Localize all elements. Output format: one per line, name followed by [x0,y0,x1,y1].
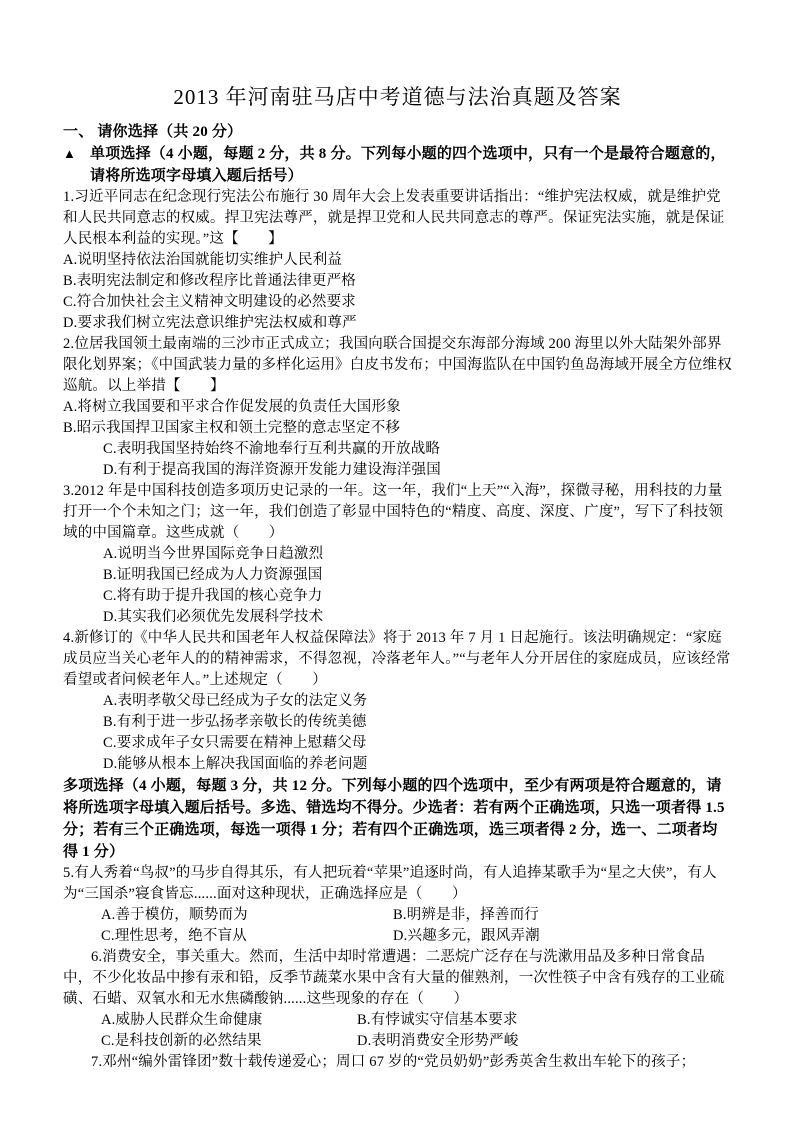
section-one-heading: 一、 请你选择（共 20 分） [63,121,732,143]
question-1: 1.习近平同志在纪念现行宪法公布施行 30 周年大会上发表重要讲话指出：“维护宪… [63,187,732,334]
question-3-option-c: C.将有助于提升我国的核心竞争力 [63,586,732,607]
question-5-options: A.善于模仿，顺势而为 B.明辨是非，择善而行 C.理性思考，绝不盲从 D.兴趣… [63,905,732,947]
question-1-option-d: D.要求我们树立宪法意识维护宪法权威和尊严 [63,313,732,334]
question-5-option-d: D.兴趣多元，跟风弄潮 [393,926,732,947]
question-2-option-b: B.昭示我国捍卫国家主权和领土完整的意志坚定不移 [63,418,732,439]
question-6-option-c: C.是科技创新的必然结果 [101,1031,357,1052]
question-1-stem: 1.习近平同志在纪念现行宪法公布施行 30 周年大会上发表重要讲话指出：“维护宪… [63,187,732,250]
multi-choice-instructions: 多项选择（4 小题，每题 3 分，共 12 分。下列每小题的四个选项中，至少有两… [63,775,732,863]
question-5-option-b: B.明辨是非，择善而行 [393,905,732,926]
question-4-option-c: C.要求成年子女只需要在精神上慰藉父母 [63,733,732,754]
question-2-option-c: C.表明我国坚持始终不渝地奉行互利共赢的开放战略 [63,439,732,460]
question-3-option-d: D.其实我们必须优先发展科学技术 [63,607,732,628]
question-4-option-b: B.有利于进一步弘扬孝亲敬长的传统美德 [63,712,732,733]
question-4: 4.新修订的《中华人民共和国老年人权益保障法》将于 2013 年 7 月 1 日… [63,628,732,775]
single-choice-instructions: ▲ 单项选择（4 小题，每题 2 分，共 8 分。下列每小题的四个选项中，只有一… [63,143,732,187]
question-5-option-a: A.善于模仿，顺势而为 [101,905,393,926]
question-5: 5.有人秀着“鸟叔”的马步自得其乐，有人把玩着“苹果”追逐时尚，有人追捧某歌手为… [63,863,732,947]
question-1-option-c: C.符合加快社会主义精神文明建设的必然要求 [63,292,732,313]
question-6-option-b: B.有悖诚实守信基本要求 [357,1010,732,1031]
question-7-stem: 7.邓州“编外雷锋团”数十载传递爱心；周口 67 岁的“党员奶奶”彭秀英舍生救出… [63,1052,732,1073]
question-4-stem: 4.新修订的《中华人民共和国老年人权益保障法》将于 2013 年 7 月 1 日… [63,628,732,691]
question-2-stem: 2.位居我国领土最南端的三沙市正式成立；我国向联合国提交东海部分海域 200 海… [63,334,732,397]
question-6-stem: 6.消费安全，事关重大。然而，生活中却时常遭遇：二恶烷广泛存在与洗漱用品及多种日… [63,947,732,1010]
question-6-option-d: D.表明消费安全形势严峻 [357,1031,732,1052]
question-2-option-d: D.有利于提高我国的海洋资源开发能力建设海洋强国 [63,460,732,481]
single-choice-note-text: 单项选择（4 小题，每题 2 分，共 8 分。下列每小题的四个选项中，只有一个是… [90,143,732,187]
page-title: 2013 年河南驻马店中考道德与法治真题及答案 [63,84,732,111]
question-1-option-a: A.说明坚持依法治国就能切实维护人民利益 [63,250,732,271]
question-2-option-a: A.将树立我国要和平求合作促发展的负责任大国形象 [63,397,732,418]
exam-document: 2013 年河南驻马店中考道德与法治真题及答案 一、 请你选择（共 20 分） … [0,0,794,1073]
question-5-stem: 5.有人秀着“鸟叔”的马步自得其乐，有人把玩着“苹果”追逐时尚，有人追捧某歌手为… [63,863,732,905]
question-3-option-a: A.说明当今世界国际竞争日趋激烈 [63,544,732,565]
question-2: 2.位居我国领土最南端的三沙市正式成立；我国向联合国提交东海部分海域 200 海… [63,334,732,481]
question-6-option-a: A.威胁人民群众生命健康 [101,1010,357,1031]
question-3-stem: 3.2012 年是中国科技创造多项历史记录的一年。这一年，我们“上天”“入海”，… [63,481,732,544]
question-6: 6.消费安全，事关重大。然而，生活中却时常遭遇：二恶烷广泛存在与洗漱用品及多种日… [63,947,732,1052]
triangle-bullet-icon: ▲ [63,143,90,187]
question-7: 7.邓州“编外雷锋团”数十载传递爱心；周口 67 岁的“党员奶奶”彭秀英舍生救出… [63,1052,732,1073]
question-4-option-a: A.表明孝敬父母已经成为子女的法定义务 [63,691,732,712]
question-4-option-d: D.能够从根本上解决我国面临的养老问题 [63,754,732,775]
question-1-option-b: B.表明宪法制定和修改程序比普通法律更严格 [63,271,732,292]
question-5-option-c: C.理性思考，绝不盲从 [101,926,393,947]
question-3: 3.2012 年是中国科技创造多项历史记录的一年。这一年，我们“上天”“入海”，… [63,481,732,628]
question-6-options: A.威胁人民群众生命健康 B.有悖诚实守信基本要求 C.是科技创新的必然结果 D… [63,1010,732,1052]
question-3-option-b: B.证明我国已经成为人力资源强国 [63,565,732,586]
